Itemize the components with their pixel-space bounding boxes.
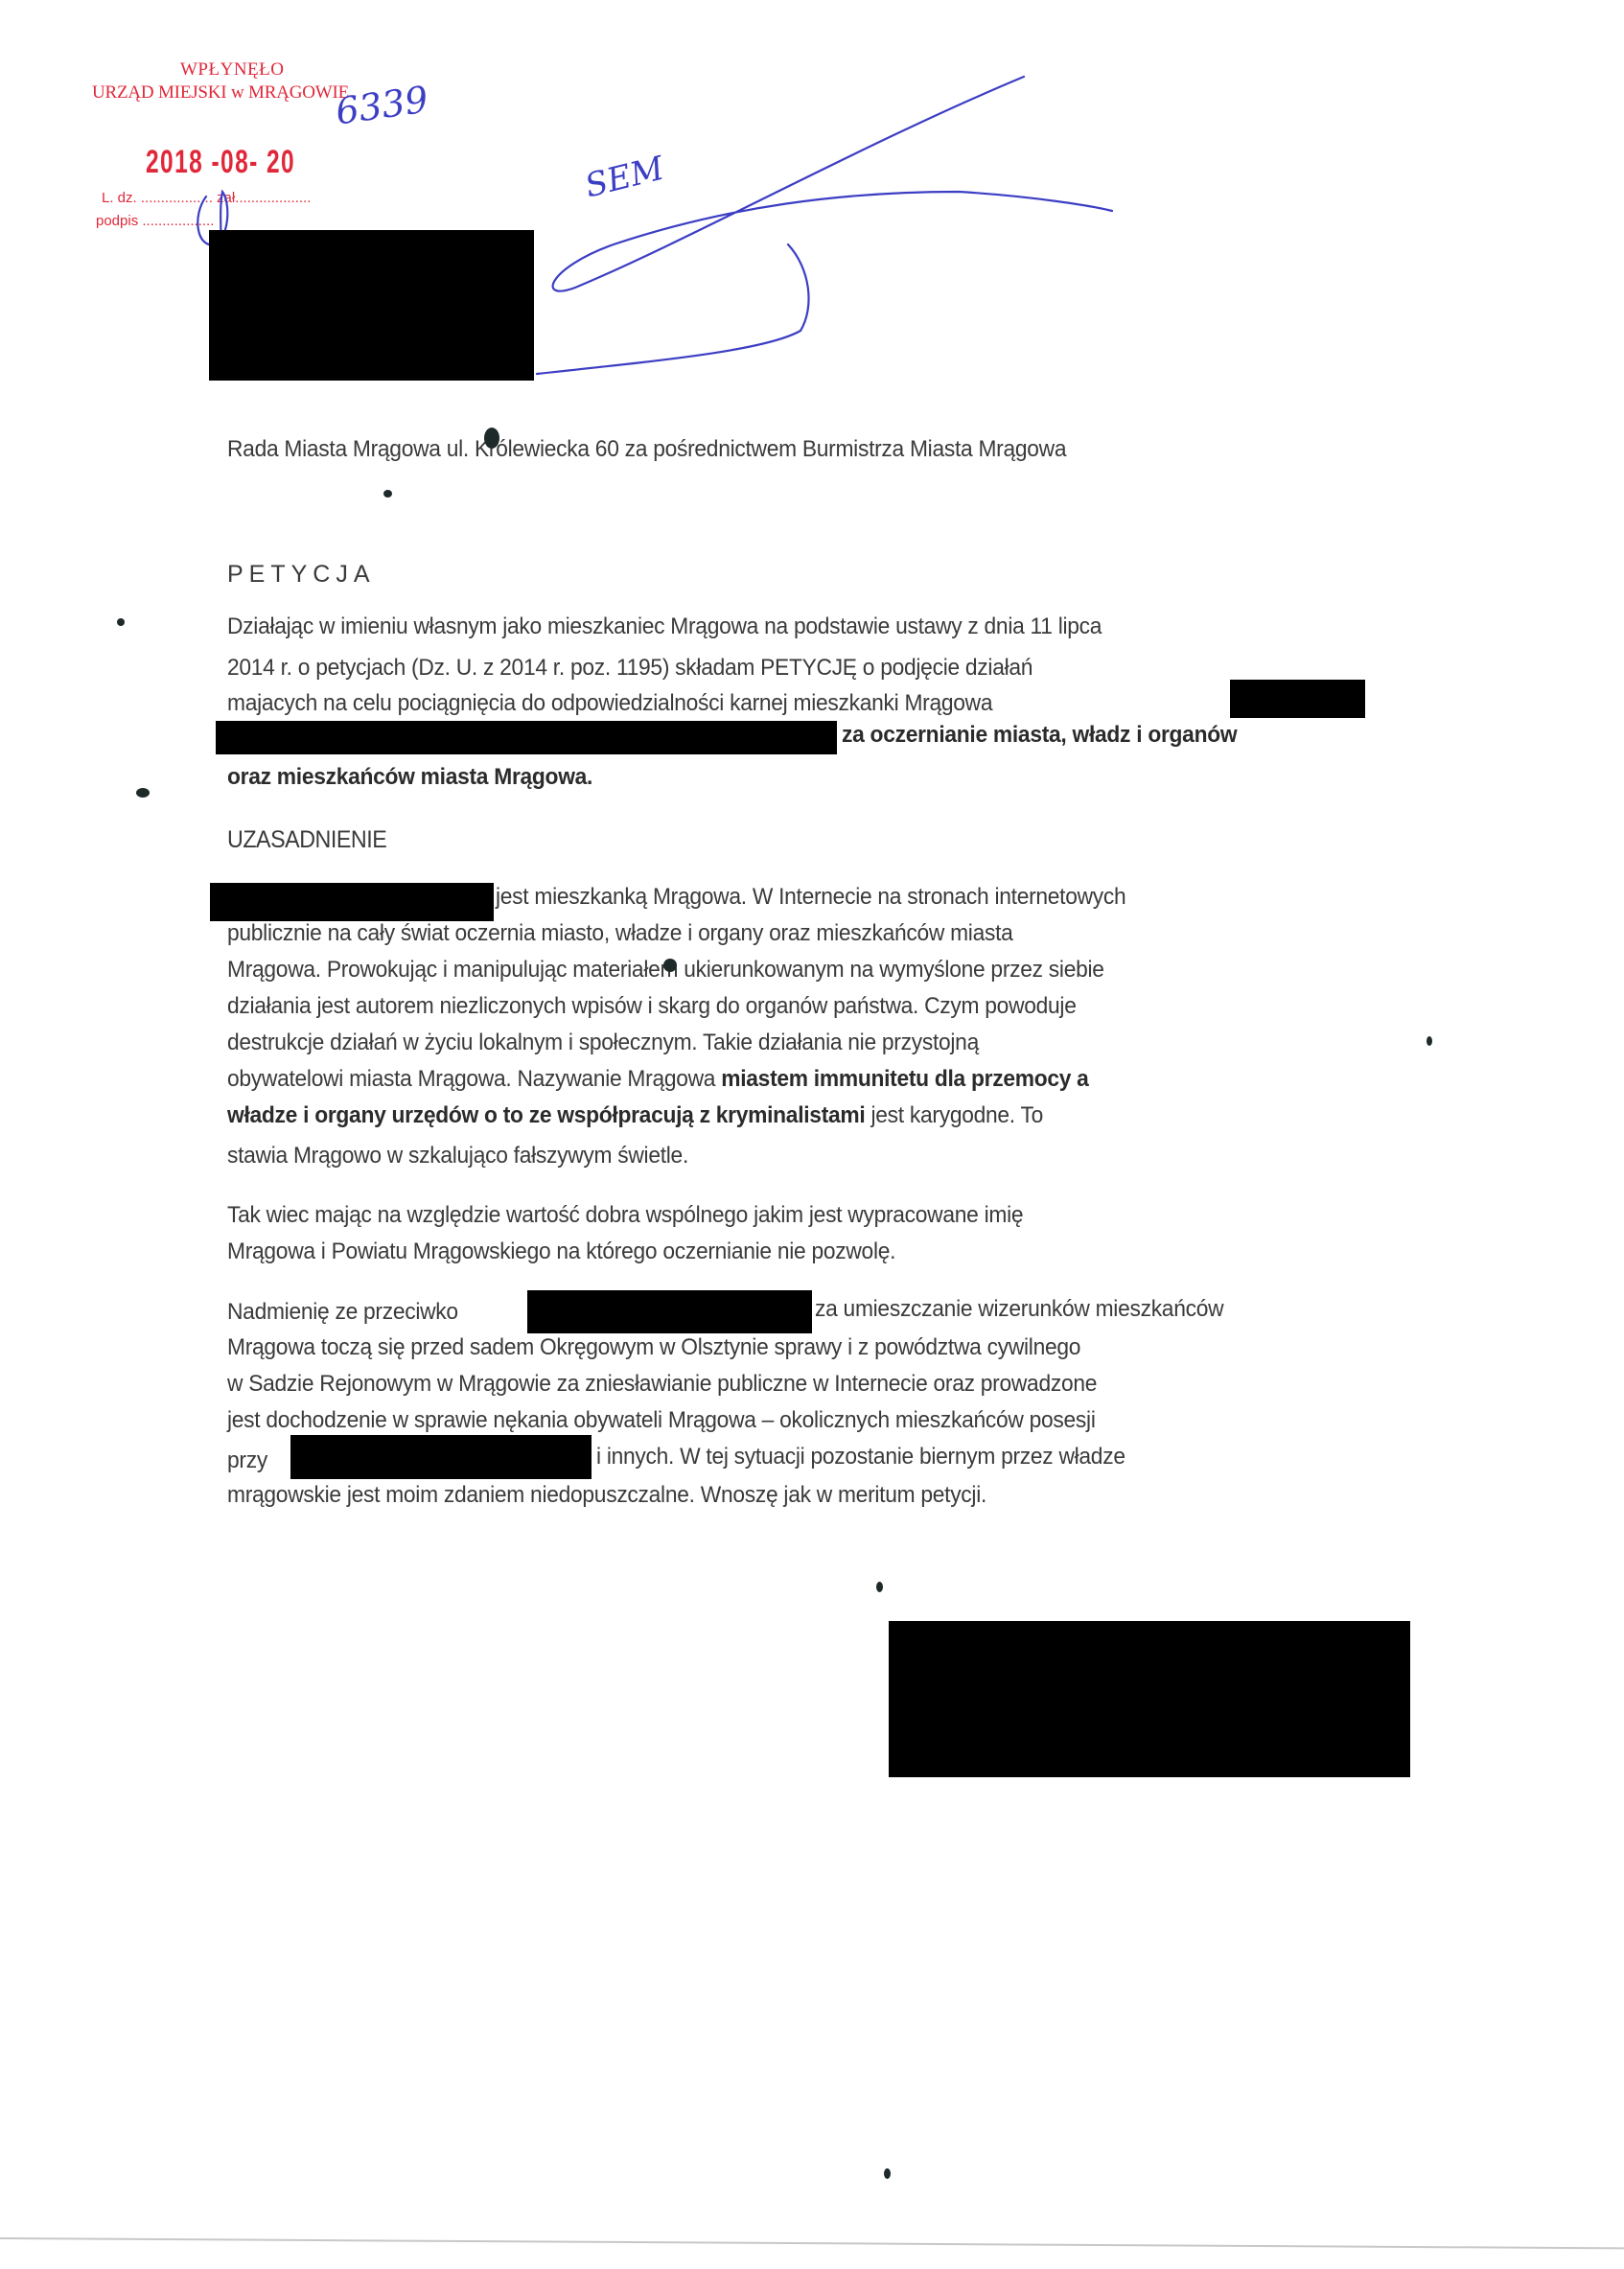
ink-blot — [884, 2168, 891, 2179]
justification-line-2: publicznie na cały świat oczernia miasto… — [227, 920, 1013, 947]
scanned-document-page: WPŁYNĘŁO URZĄD MIEJSKI w MRĄGOWIE 2018 -… — [0, 0, 1624, 2269]
redaction-signature-block — [889, 1621, 1410, 1777]
paragraph-3-line-5a: przy — [227, 1447, 267, 1474]
paragraph-3-line-3: w Sadzie Rejonowym w Mrągowie za zniesła… — [227, 1371, 1097, 1398]
paragraph-3-line-6: mrągowskie jest moim zdaniem niedopuszcz… — [227, 1482, 986, 1509]
justification-heading: UZASADNIENIE — [227, 826, 386, 854]
paragraph-3-line-4: jest dochodzenie w sprawie nękania obywa… — [227, 1407, 1096, 1434]
intro-line-1: Działając w imieniu własnym jako mieszka… — [227, 614, 1102, 640]
paragraph-2-line-2: Mrągowa i Powiatu Mrągowskiego na któreg… — [227, 1239, 895, 1265]
ink-blot — [663, 959, 677, 972]
redaction-resident-name-4 — [527, 1290, 812, 1333]
justification-line-1: jest mieszkanką Mrągowa. W Internecie na… — [496, 884, 1125, 911]
redaction-resident-name-1 — [1230, 680, 1365, 718]
ink-blot — [876, 1582, 883, 1592]
justification-line-6-bold: miastem immunitetu dla przemocy a — [721, 1066, 1088, 1092]
paragraph-3-line-2: Mrągowa toczą się przed sadem Okręgowym … — [227, 1334, 1080, 1361]
redaction-address — [290, 1435, 592, 1479]
addressee-line: Rada Miasta Mrągowa ul. Królewiecka 60 z… — [227, 436, 1066, 463]
paragraph-3-line-1b: za umieszczanie wizerunków mieszkańców — [815, 1296, 1223, 1323]
redaction-resident-name-2 — [216, 721, 837, 754]
paragraph-2-line-1: Tak wiec mając na względzie wartość dobr… — [227, 1202, 1023, 1229]
intro-line-5: oraz mieszkańców miasta Mrągowa. — [227, 764, 592, 791]
document-title: PETYCJA — [227, 561, 376, 589]
justification-line-7-plain: jest karygodne. To — [865, 1102, 1043, 1128]
ink-blot — [1427, 1036, 1432, 1046]
justification-line-6-plain: obywatelowi miasta Mrągowa. Nazywanie Mr… — [227, 1066, 721, 1092]
intro-line-4: za oczernianie miasta, władz i organów — [842, 722, 1237, 749]
ink-blot — [383, 490, 392, 498]
redaction-sender-address — [209, 230, 534, 381]
justification-line-6: obywatelowi miasta Mrągowa. Nazywanie Mr… — [227, 1066, 1089, 1093]
ink-blot — [136, 788, 150, 798]
intro-line-2: 2014 r. o petycjach (Dz. U. z 2014 r. po… — [227, 655, 1032, 682]
justification-line-7-bold: władze i organy urzędów o to ze współpra… — [227, 1102, 865, 1128]
ink-blot — [117, 618, 125, 626]
justification-line-7: władze i organy urzędów o to ze współpra… — [227, 1102, 1043, 1129]
justification-line-4: działania jest autorem niezliczonych wpi… — [227, 993, 1077, 1020]
paragraph-3-line-5b: i innych. W tej sytuacji pozostanie bier… — [596, 1444, 1125, 1470]
justification-line-8: stawia Mrągowo w szkalująco fałszywym św… — [227, 1143, 688, 1169]
justification-line-5: destrukcje działań w życiu lokalnym i sp… — [227, 1030, 979, 1056]
intro-line-3: majacych na celu pociągnięcia do odpowie… — [227, 690, 992, 717]
paragraph-3-line-1a: Nadmienię ze przeciwko — [227, 1299, 458, 1326]
ink-blot — [484, 428, 499, 449]
redaction-resident-name-3 — [210, 883, 494, 921]
scan-edge-line — [0, 2237, 1624, 2249]
